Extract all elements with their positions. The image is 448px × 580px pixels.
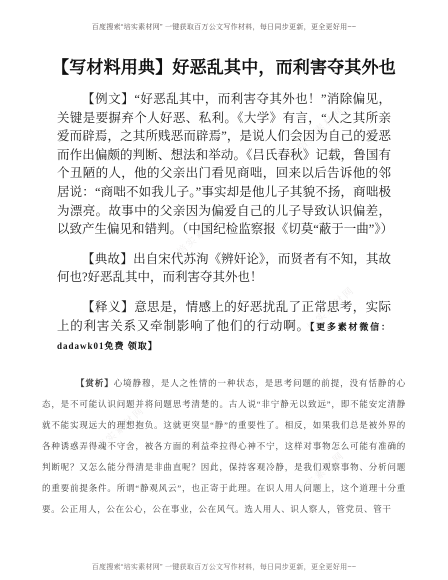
paragraph-appreciation-text: 心境静穆，是人之性情的一种状态，是思考问题的前提，没有恬静的心态，是不可能认识问… bbox=[42, 378, 406, 514]
section-label-allusion: 【典故】 bbox=[82, 252, 133, 266]
section-label-interpretation: 【释义】 bbox=[82, 300, 134, 314]
paragraph-example: 【例文】“好恶乱其中，而利害夺其外也！”消除偏见，关键是要摒弃个人好恶、私利。《… bbox=[57, 90, 391, 239]
paragraph-appreciation: 【赏析】心境静穆，是人之性情的一种状态，是思考问题的前提，没有恬静的心态，是不可… bbox=[42, 373, 406, 520]
section-label-appreciation: 【赏析】 bbox=[76, 378, 114, 388]
footer-note: 百度搜索“培实素材网” 一键获取百万公文写作材料，每日同步更新，更全更好用~~ bbox=[0, 562, 448, 572]
paragraph-allusion: 【典故】出自宋代苏洵《辨奸论》，而贤者有不知，其故何也?好恶乱其中，而利害夺其外… bbox=[57, 250, 391, 287]
paragraph-interpretation: 【释义】意思是，情感上的好恶扰乱了正常思考，实际上的利害关系又牵制影响了他们的行… bbox=[57, 298, 391, 356]
page-title: 【写材料用典】好恶乱其中，而利害夺其外也 bbox=[28, 57, 420, 79]
section-label-example: 【例文】 bbox=[82, 92, 134, 106]
document-page: 培实素材网 培实素材网 培实素材网 培实素材网 培实素材网 百度搜索“培实素材网… bbox=[0, 0, 448, 580]
paragraph-example-text: “好恶乱其中，而利害夺其外也！”消除偏见，关键是要摒弃个人好恶、私利。《大学》有… bbox=[57, 92, 393, 236]
header-note: 百度搜索“培实素材网” 一键获取百万公文写作材料，每日同步更新，更全更好用~~ bbox=[0, 22, 448, 32]
